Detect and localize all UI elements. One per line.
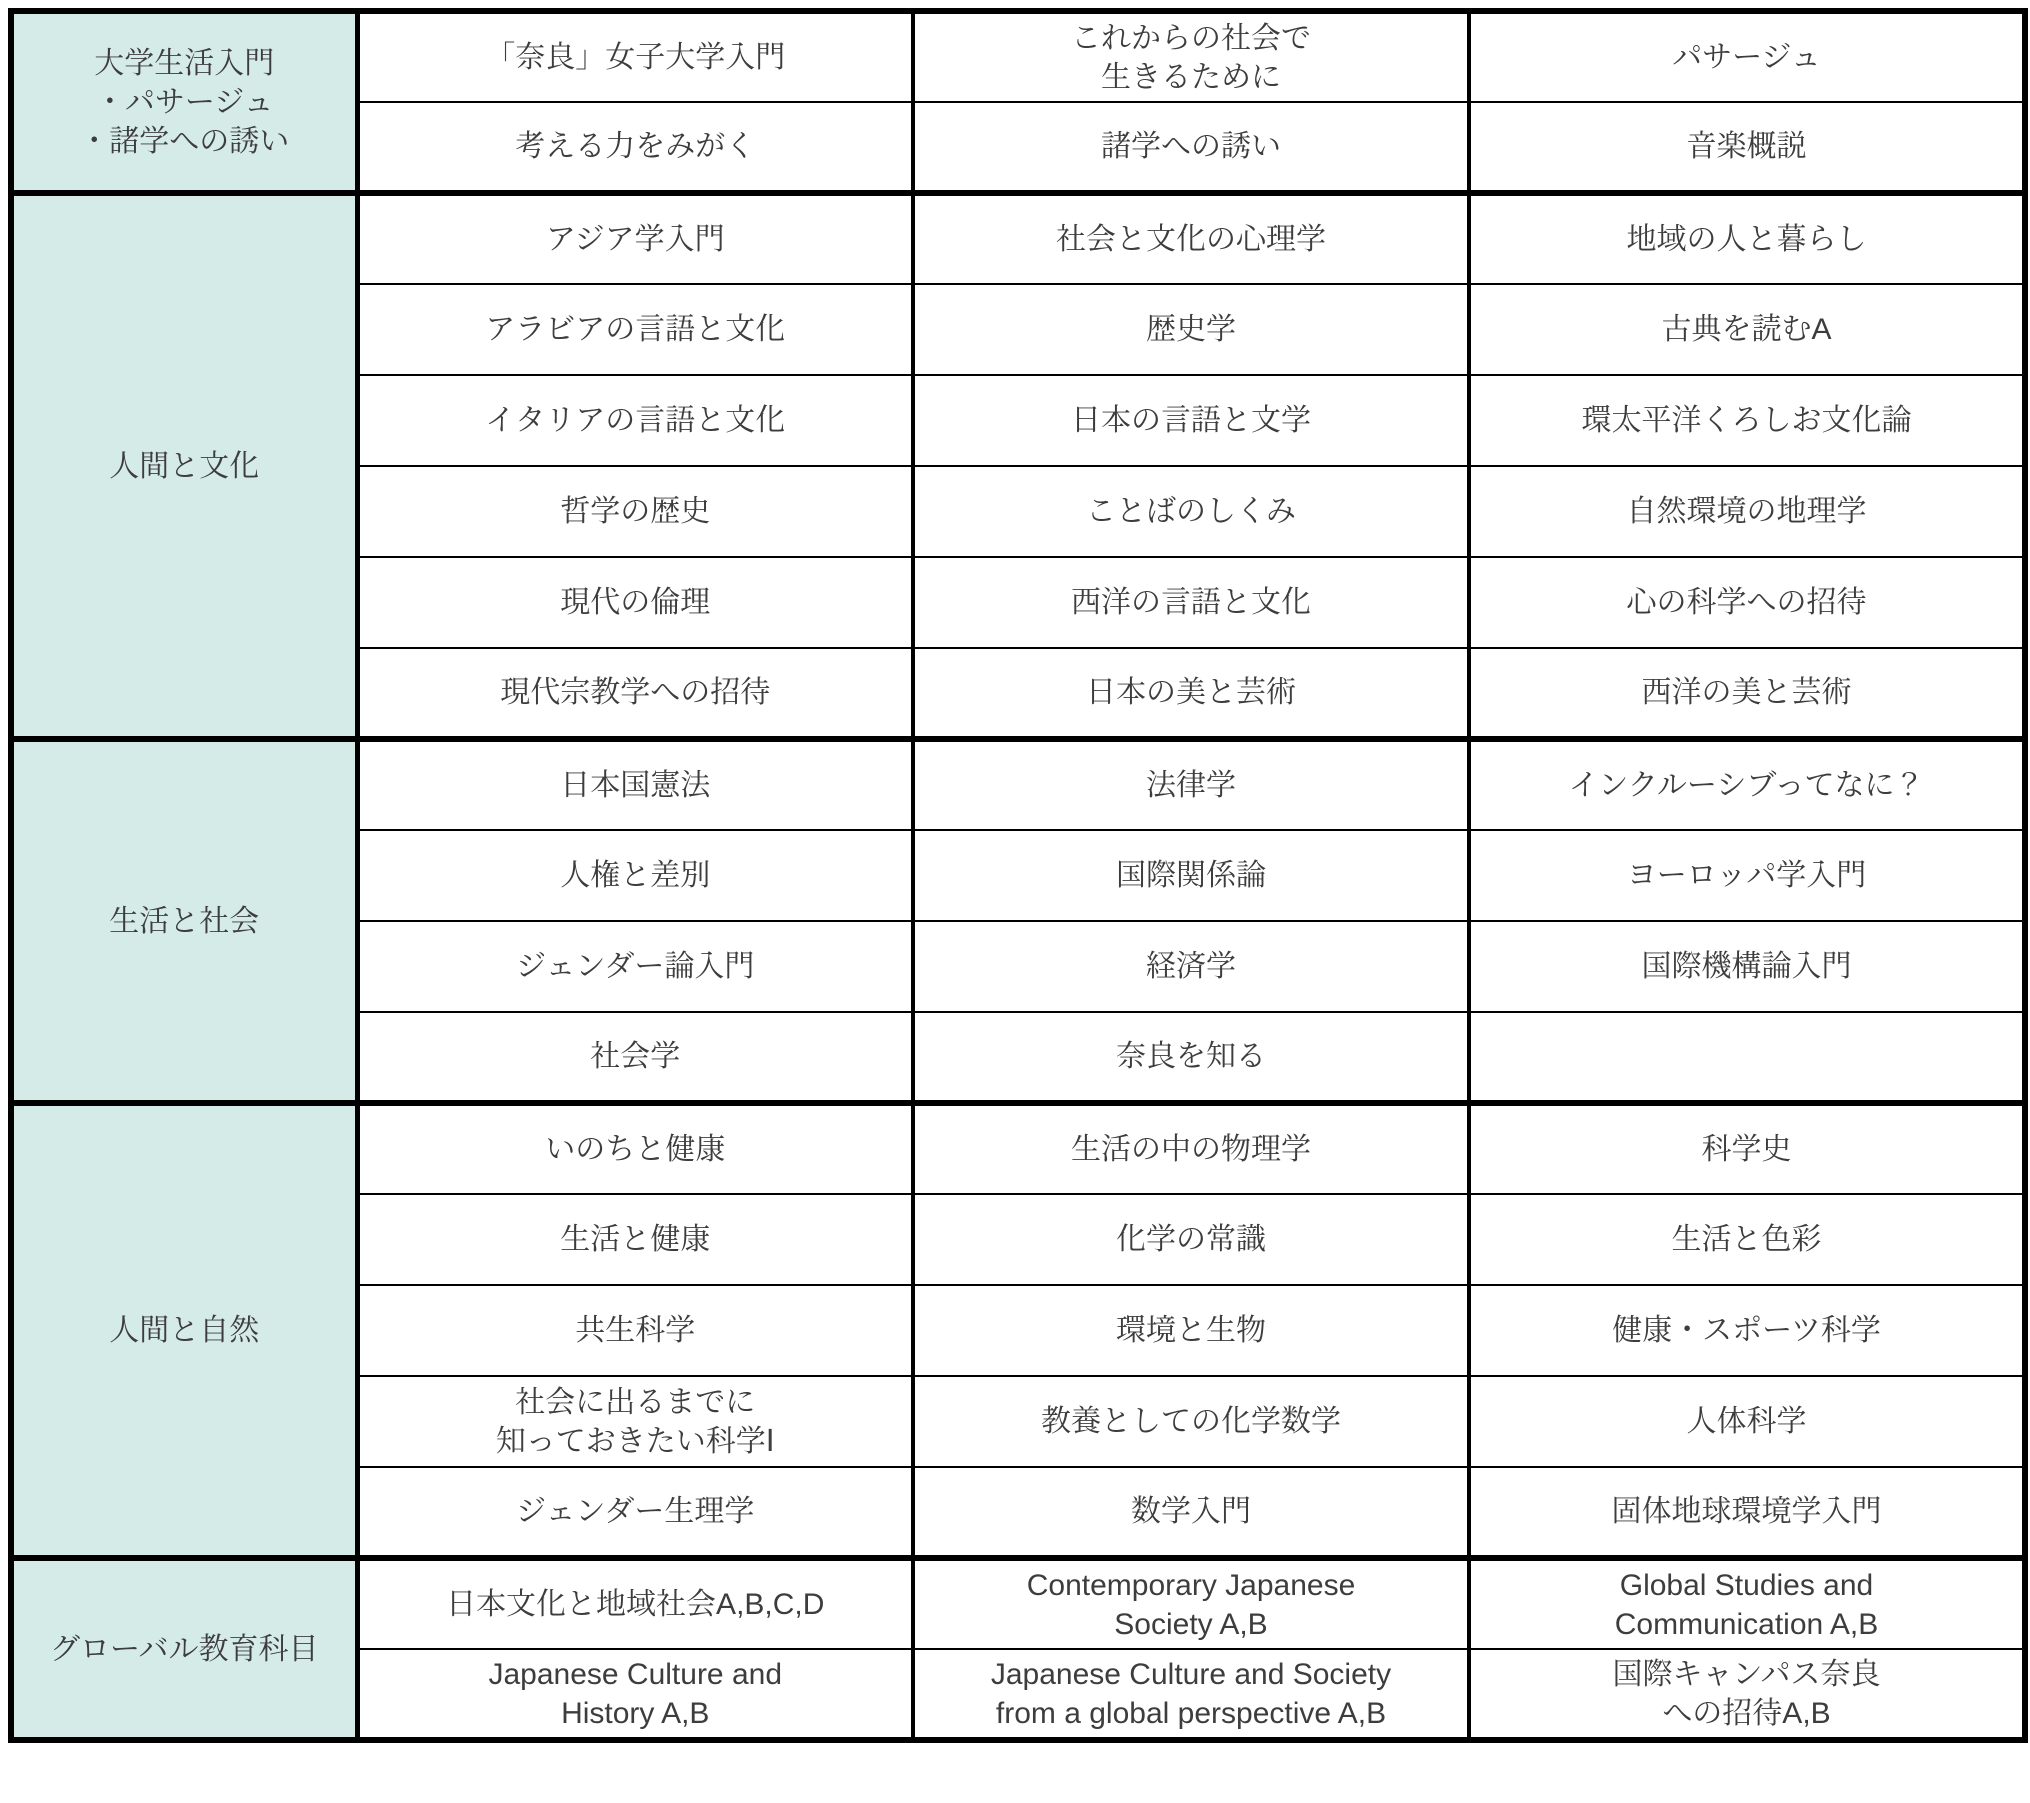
course-cell: 哲学の歴史 [357,466,913,557]
table-row: 人間と文化アジア学入門社会と文化の心理学地域の人と暮らし [11,193,2025,284]
course-cell: 心の科学への招待 [1469,557,2025,648]
course-cell: ジェンダー生理学 [357,1467,913,1558]
course-cell: 健康・スポーツ科学 [1469,1285,2025,1376]
section-header-cell: 人間と自然 [11,1103,357,1558]
course-cell: 法律学 [913,739,1469,830]
course-cell: いのちと健康 [357,1103,913,1194]
course-cell: ことばのしくみ [913,466,1469,557]
course-cell: 環境と生物 [913,1285,1469,1376]
section: 人間と文化アジア学入門社会と文化の心理学地域の人と暮らしアラビアの言語と文化歴史… [11,193,2025,739]
course-cell: ヨーロッパ学入門 [1469,830,2025,921]
course-cell: 日本の美と芸術 [913,648,1469,739]
course-cell: Japanese Culture and History A,B [357,1649,913,1740]
table-row: 人間と自然いのちと健康生活の中の物理学科学史 [11,1103,2025,1194]
section: 生活と社会日本国憲法法律学インクルーシブってなに？人権と差別国際関係論ヨーロッパ… [11,739,2025,1103]
course-cell: 古典を読むA [1469,284,2025,375]
course-cell: 経済学 [913,921,1469,1012]
table-row: 生活と社会日本国憲法法律学インクルーシブってなに？ [11,739,2025,830]
course-cell: 歴史学 [913,284,1469,375]
course-cell: 社会学 [357,1012,913,1103]
course-cell: 人権と差別 [357,830,913,921]
course-cell: 固体地球環境学入門 [1469,1467,2025,1558]
course-cell: アラビアの言語と文化 [357,284,913,375]
course-cell: 音楽概説 [1469,102,2025,193]
course-cell [1469,1012,2025,1103]
course-cell: ジェンダー論入門 [357,921,913,1012]
course-cell: 西洋の美と芸術 [1469,648,2025,739]
course-cell: 地域の人と暮らし [1469,193,2025,284]
course-cell: 諸学への誘い [913,102,1469,193]
course-cell: Japanese Culture and Society from a glob… [913,1649,1469,1740]
course-cell: Contemporary Japanese Society A,B [913,1558,1469,1649]
section-header-cell: グローバル教育科目 [11,1558,357,1740]
course-cell: 奈良を知る [913,1012,1469,1103]
course-cell: 社会と文化の心理学 [913,193,1469,284]
course-cell: 国際機構論入門 [1469,921,2025,1012]
course-cell: 西洋の言語と文化 [913,557,1469,648]
course-cell: 科学史 [1469,1103,2025,1194]
course-cell: これからの社会で 生きるために [913,11,1469,102]
table-row: グローバル教育科目日本文化と地域社会A,B,C,DContemporary Ja… [11,1558,2025,1649]
course-cell: 現代の倫理 [357,557,913,648]
course-cell: インクルーシブってなに？ [1469,739,2025,830]
course-cell: 人体科学 [1469,1376,2025,1467]
course-cell: 化学の常識 [913,1194,1469,1285]
course-cell: 教養としての化学数学 [913,1376,1469,1467]
course-cell: イタリアの言語と文化 [357,375,913,466]
section-header-cell: 大学生活入門 ・パサージュ ・諸学への誘い [11,11,357,193]
course-table: 大学生活入門 ・パサージュ ・諸学への誘い「奈良」女子大学入門これからの社会で … [8,8,2028,1743]
page: 大学生活入門 ・パサージュ ・諸学への誘い「奈良」女子大学入門これからの社会で … [0,0,2030,1751]
course-cell: 社会に出るまでに 知っておきたい科学Ⅰ [357,1376,913,1467]
table-row: 大学生活入門 ・パサージュ ・諸学への誘い「奈良」女子大学入門これからの社会で … [11,11,2025,102]
course-cell: 数学入門 [913,1467,1469,1558]
course-cell: アジア学入門 [357,193,913,284]
course-cell: 日本文化と地域社会A,B,C,D [357,1558,913,1649]
course-cell: Global Studies and Communication A,B [1469,1558,2025,1649]
course-cell: 日本の言語と文学 [913,375,1469,466]
section: 人間と自然いのちと健康生活の中の物理学科学史生活と健康化学の常識生活と色彩共生科… [11,1103,2025,1558]
section: グローバル教育科目日本文化と地域社会A,B,C,DContemporary Ja… [11,1558,2025,1740]
course-cell: 国際関係論 [913,830,1469,921]
course-cell: 生活の中の物理学 [913,1103,1469,1194]
course-cell: 日本国憲法 [357,739,913,830]
section-header-cell: 生活と社会 [11,739,357,1103]
course-cell: 「奈良」女子大学入門 [357,11,913,102]
course-cell: 生活と健康 [357,1194,913,1285]
course-cell: 考える力をみがく [357,102,913,193]
course-cell: 国際キャンパス奈良 への招待A,B [1469,1649,2025,1740]
course-cell: 環太平洋くろしお文化論 [1469,375,2025,466]
section: 大学生活入門 ・パサージュ ・諸学への誘い「奈良」女子大学入門これからの社会で … [11,11,2025,193]
course-cell: 共生科学 [357,1285,913,1376]
section-header-cell: 人間と文化 [11,193,357,739]
course-cell: 自然環境の地理学 [1469,466,2025,557]
course-cell: パサージュ [1469,11,2025,102]
course-cell: 現代宗教学への招待 [357,648,913,739]
course-cell: 生活と色彩 [1469,1194,2025,1285]
